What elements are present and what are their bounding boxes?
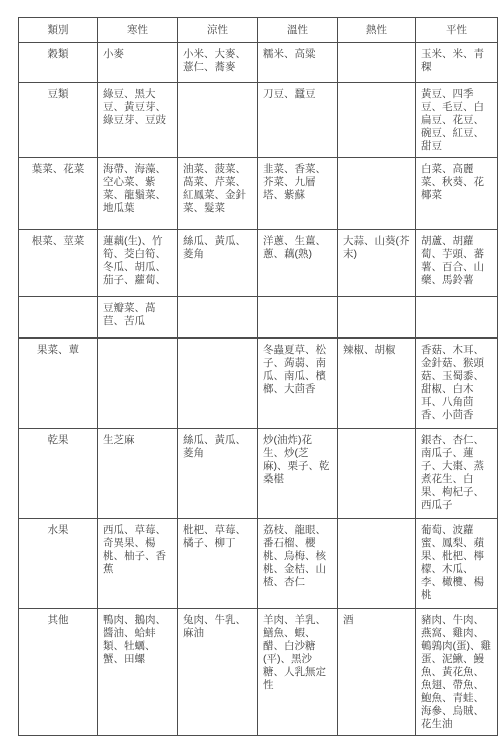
table-cell-cold: 鴨肉、鵝肉、醬油、蛤蚌類、牡蠣、蟹、田螺 — [98, 609, 178, 736]
table-cell-neutral: 黃豆、四季豆、毛豆、白扁豆、花豆、碗豆、紅豆、甜豆 — [416, 83, 498, 158]
table-cell-cold: 西瓜、草莓、奇異果、楊桃、柚子、香蕉 — [98, 519, 178, 609]
food-properties-table-upper: 類別 寒性 涼性 溫性 熱性 平性 穀類 小麥 小米、大麥、薏仁、蕎麥 糯米、高… — [18, 17, 498, 338]
column-header-warm: 溫性 — [258, 18, 338, 43]
table-cell-hot — [338, 158, 416, 230]
table-cell-category: 豆類 — [19, 83, 98, 158]
table-cell-hot — [338, 429, 416, 519]
table-row-fruits: 水果 西瓜、草莓、奇異果、楊桃、柚子、香蕉 枇杷、草莓、橘子、柳丁 荔枝、龍眼、… — [19, 519, 498, 609]
table-cell-cool — [178, 297, 258, 338]
table-cell-category: 根菜、莖菜 — [19, 230, 98, 297]
table-cell-warm: 刀豆、蠶豆 — [258, 83, 338, 158]
table-row-dried-fruits-nuts: 乾果 生芝麻 絲瓜、黃瓜、菱角 炒(油炸)花生、炒(芝麻)、栗子、乾桑椹 銀杏、… — [19, 429, 498, 519]
table-cell-category: 乾果 — [19, 429, 98, 519]
table-cell-cold: 小麥 — [98, 43, 178, 83]
table-cell-cold: 綠豆、黑大豆、黃豆芽、綠豆芽、豆豉 — [98, 83, 178, 158]
table-cell-warm: 洋蔥、生薑、蔥、藕(熟) — [258, 230, 338, 297]
column-header-neutral: 平性 — [416, 18, 498, 43]
table-cell-hot: 辣椒、胡椒 — [338, 339, 416, 429]
table-header-row: 類別 寒性 涼性 溫性 熱性 平性 — [19, 18, 498, 43]
table-cell-category: 其他 — [19, 609, 98, 736]
table-cell-neutral: 銀杏、杏仁、南瓜子、蓮子、大棗、蒸煮花生、白果、枸杞子、西瓜子 — [416, 429, 498, 519]
column-header-category: 類別 — [19, 18, 98, 43]
table-cell-cool: 兔肉、牛乳、麻油 — [178, 609, 258, 736]
table-cell-neutral — [416, 297, 498, 338]
table-cell-hot — [338, 519, 416, 609]
table-row-grains: 穀類 小麥 小米、大麥、薏仁、蕎麥 糯米、高粱 玉米、米、青稞 — [19, 43, 498, 83]
table-cell-warm — [258, 297, 338, 338]
table-cell-warm: 荔枝、龍眼、番石榴、櫻桃、烏梅、核桃、金桔、山楂、杏仁 — [258, 519, 338, 609]
table-cell-category: 水果 — [19, 519, 98, 609]
table-cell-cool: 枇杷、草莓、橘子、柳丁 — [178, 519, 258, 609]
table-row-others: 其他 鴨肉、鵝肉、醬油、蛤蚌類、牡蠣、蟹、田螺 兔肉、牛乳、麻油 羊肉、羊乳、鱔… — [19, 609, 498, 736]
column-header-cool: 涼性 — [178, 18, 258, 43]
table-cell-category — [19, 297, 98, 338]
column-header-cold: 寒性 — [98, 18, 178, 43]
table-row-beans: 豆類 綠豆、黑大豆、黃豆芽、綠豆芽、豆豉 刀豆、蠶豆 黃豆、四季豆、毛豆、白扁豆… — [19, 83, 498, 158]
table-cell-cold: 蓮藕(生)、竹筍、茭白筍、冬瓜、胡瓜、茄子、蘿蔔、 — [98, 230, 178, 297]
table-cell-warm: 冬蟲夏草、松子、蒟蒻、南瓜、南瓜、檳榔、大茴香 — [258, 339, 338, 429]
table-cell-warm: 炒(油炸)花生、炒(芝麻)、栗子、乾桑椹 — [258, 429, 338, 519]
table-row-leaf-vegetables: 葉菜、花菜 海帶、海藻、空心菜、紫菜、龍鬚菜、地瓜葉 油菜、菠菜、萵菜、芹菜、紅… — [19, 158, 498, 230]
table-cell-warm: 糯米、高粱 — [258, 43, 338, 83]
table-cell-warm: 羊肉、羊乳、鱔魚、蝦、醋、白沙糖(平)、黑沙糖、人乳無定性 — [258, 609, 338, 736]
table-cell-cold — [98, 339, 178, 429]
table-row-root-continued: 豆瓣菜、萵苣、苦瓜 — [19, 297, 498, 338]
column-header-hot: 熱性 — [338, 18, 416, 43]
table-cell-neutral: 葡萄、波蘿蜜、鳳梨、蘋果、枇杷、檸檬、木瓜、李、橄欖、楊桃 — [416, 519, 498, 609]
table-cell-category: 果菜、蕈 — [19, 339, 98, 429]
table-cell-cold: 生芝麻 — [98, 429, 178, 519]
table-cell-cool: 小米、大麥、薏仁、蕎麥 — [178, 43, 258, 83]
food-properties-table-lower: 果菜、蕈 冬蟲夏草、松子、蒟蒻、南瓜、南瓜、檳榔、大茴香 辣椒、胡椒 香菇、木耳… — [18, 338, 498, 736]
table-cell-cool: 油菜、菠菜、萵菜、芹菜、紅鳳菜、金針菜、髮菜 — [178, 158, 258, 230]
table-cell-cold: 海帶、海藻、空心菜、紫菜、龍鬚菜、地瓜葉 — [98, 158, 178, 230]
table-cell-cool — [178, 83, 258, 158]
table-cell-neutral: 白菜、高麗菜、秋葵、花椰菜 — [416, 158, 498, 230]
table-cell-cool: 絲瓜、黃瓜、菱角 — [178, 230, 258, 297]
table-cell-cold: 豆瓣菜、萵苣、苦瓜 — [98, 297, 178, 338]
table-cell-neutral: 胡蘆、胡蘿蔔、芋頭、蕃薯、百合、山藥、馬鈴薯 — [416, 230, 498, 297]
table-row-fruit-vegetables-fungi: 果菜、蕈 冬蟲夏草、松子、蒟蒻、南瓜、南瓜、檳榔、大茴香 辣椒、胡椒 香菇、木耳… — [19, 339, 498, 429]
table-cell-category: 穀類 — [19, 43, 98, 83]
table-cell-hot: 酒 — [338, 609, 416, 736]
table-cell-category: 葉菜、花菜 — [19, 158, 98, 230]
table-cell-neutral: 豬肉、牛肉、燕窩、雞肉、鵪鶉肉(蛋)、雞蛋、泥鰍、鰻魚、黃花魚、魚翅、帶魚、鮑魚… — [416, 609, 498, 736]
table-cell-cool: 絲瓜、黃瓜、菱角 — [178, 429, 258, 519]
table-cell-hot — [338, 297, 416, 338]
table-cell-warm: 韭菜、香菜、芥菜、九層塔、紫蘇 — [258, 158, 338, 230]
table-cell-cool — [178, 339, 258, 429]
table-cell-neutral: 玉米、米、青稞 — [416, 43, 498, 83]
table-cell-hot: 大蒜、山葵(芥末) — [338, 230, 416, 297]
table-cell-neutral: 香菇、木耳、金針菇、猴頭菇、玉蜀黍、甜椒、白木耳、八角茴香、小茴香 — [416, 339, 498, 429]
page: 類別 寒性 涼性 溫性 熱性 平性 穀類 小麥 小米、大麥、薏仁、蕎麥 糯米、高… — [0, 0, 504, 736]
table-row-root-vegetables: 根菜、莖菜 蓮藕(生)、竹筍、茭白筍、冬瓜、胡瓜、茄子、蘿蔔、 絲瓜、黃瓜、菱角… — [19, 230, 498, 297]
table-cell-hot — [338, 83, 416, 158]
table-cell-hot — [338, 43, 416, 83]
